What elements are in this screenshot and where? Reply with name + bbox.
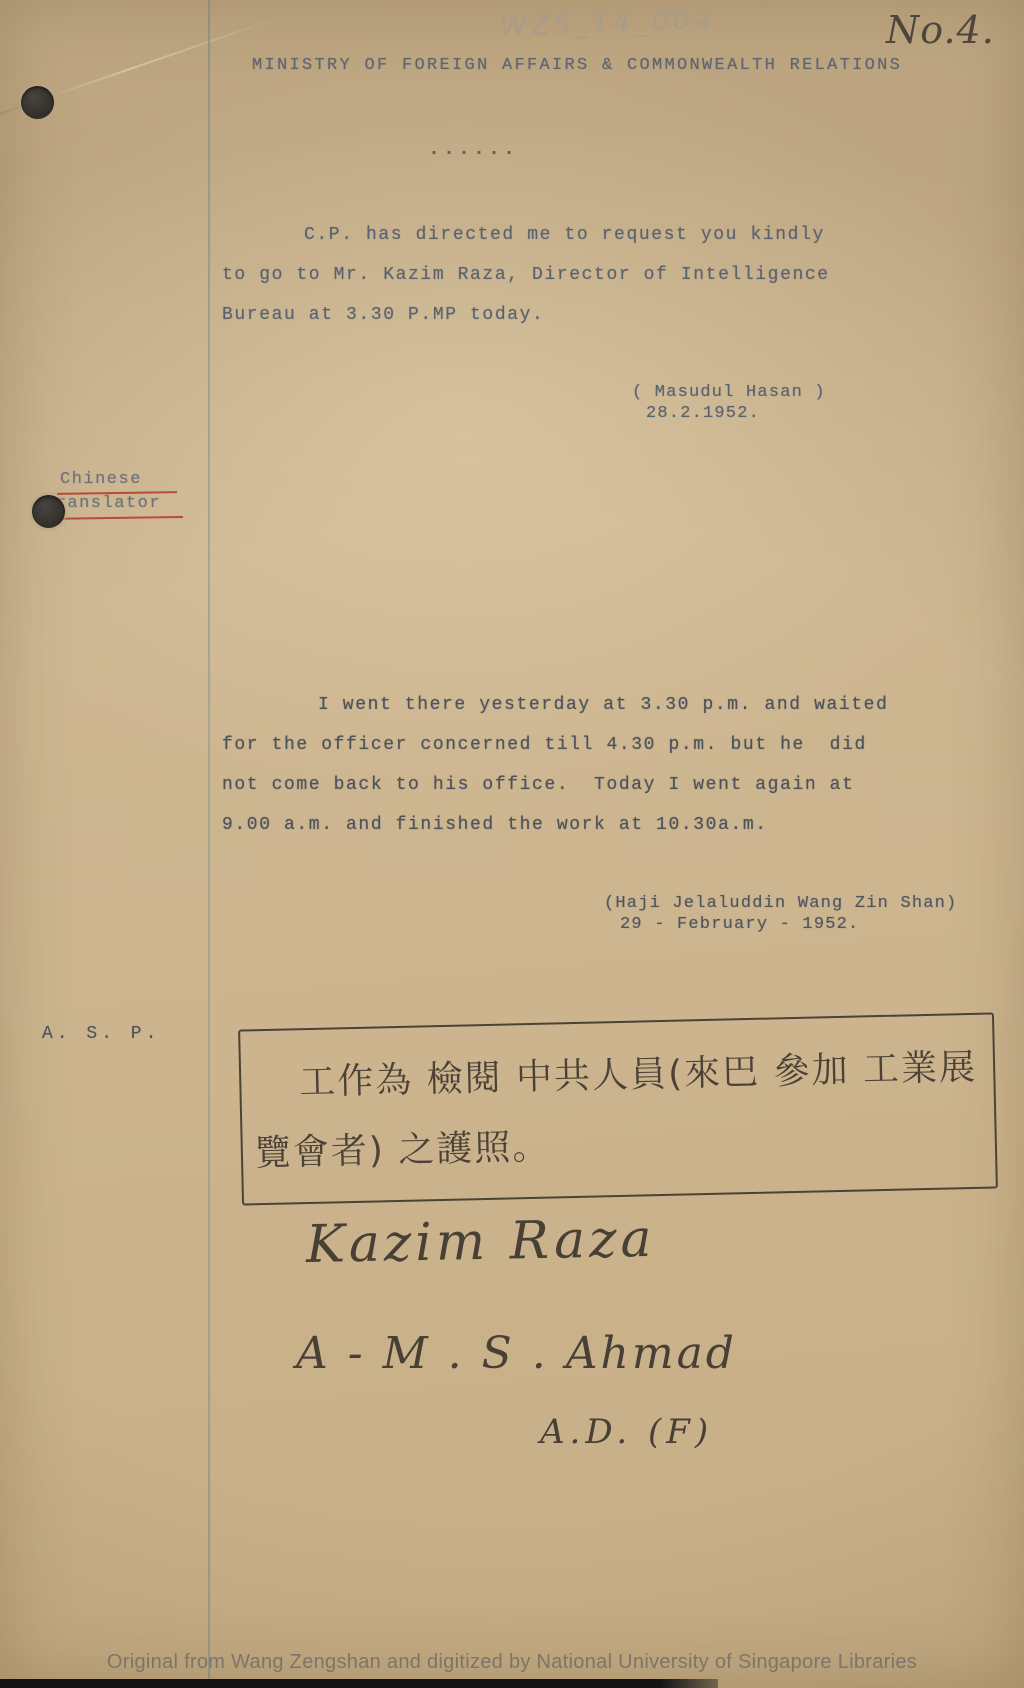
separator-dots: ...... — [428, 138, 518, 161]
signature-block-masudul-hasan: ( Masudul Hasan ) 28.2.1952. — [632, 382, 826, 424]
signature-block-haji-jelaluddin: (Haji Jelaluddin Wang Zin Shan) 29 - Feb… — [604, 893, 957, 935]
signature-title-adf: A.D. (F) — [540, 1412, 713, 1452]
scanned-document-page: WZS_14_004 No.4. MINISTRY OF FOREIGN AFF… — [0, 0, 1024, 1688]
signature-date: 29 - February - 1952. — [604, 914, 957, 935]
memo-reply-line: not come back to his office. Today I wen… — [222, 765, 912, 805]
hole-punch-middle — [32, 495, 65, 528]
memo-request-line: to go to Mr. Kazim Raza, Director of Int… — [222, 255, 902, 295]
memo-reply-paragraph: I went there yesterday at 3.30 p.m. and … — [222, 685, 912, 845]
memo-reply-line: I went there yesterday at 3.30 p.m. and … — [222, 685, 912, 725]
archive-catalog-mark: WZS_14_004 — [500, 4, 716, 42]
signature-ams-ahmad: A - M . S . Ahmad — [296, 1328, 737, 1379]
memo-reply-line: for the officer concerned till 4.30 p.m.… — [222, 725, 912, 765]
chinese-annotation-line-1: 工作為 檢閱 中共人員(來巴 參加 工業展 — [299, 1039, 978, 1105]
handwritten-page-number: No.4. — [886, 8, 995, 52]
memo-request-paragraph: C.P. has directed me to request you kind… — [222, 215, 902, 335]
ministry-header: MINISTRY OF FOREIGN AFFAIRS & COMMONWEAL… — [252, 56, 902, 75]
digitization-credit: Original from Wang Zengshan and digitize… — [0, 1651, 1024, 1674]
signatory-name: (Haji Jelaluddin Wang Zin Shan) — [604, 893, 957, 914]
signatory-name: ( Masudul Hasan ) — [632, 382, 826, 403]
handwritten-annotation-box: 工作為 檢閱 中共人員(來巴 參加 工業展 覽會者) 之護照。 — [238, 1012, 998, 1205]
margin-note-asp: A. S. P. — [42, 1024, 160, 1044]
signature-date: 28.2.1952. — [632, 403, 826, 424]
signature-kazim-raza: Kazim Raza — [306, 1209, 656, 1275]
margin-rule-line — [208, 0, 210, 1688]
hole-punch-top — [21, 86, 54, 119]
scan-edge-bar — [0, 1679, 718, 1688]
memo-request-line: C.P. has directed me to request you kind… — [222, 215, 902, 255]
memo-request-line: Bureau at 3.30 P.MP today. — [222, 295, 902, 335]
margin-note-chinese: Chinese — [60, 470, 142, 489]
chinese-annotation-line-2: 覽會者) 之護照。 — [254, 1119, 551, 1177]
memo-reply-line: 9.00 a.m. and finished the work at 10.30… — [222, 805, 912, 845]
